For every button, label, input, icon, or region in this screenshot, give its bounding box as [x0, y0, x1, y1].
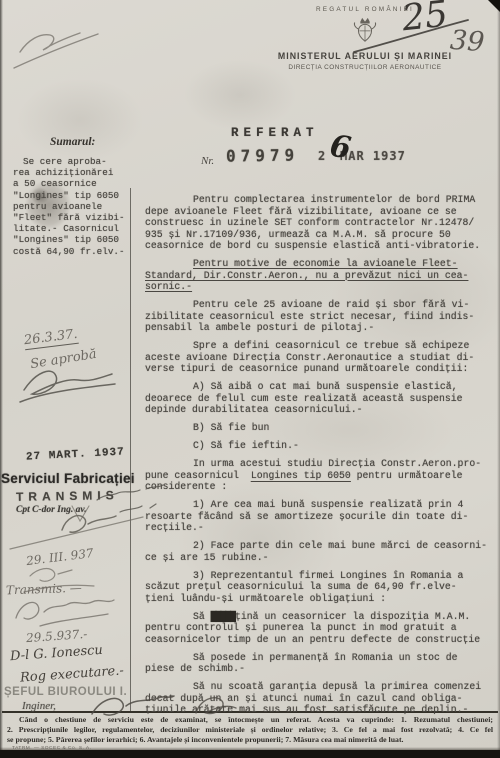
bureau-chief-stamp: ȘEFUL BIUROULUI I.	[4, 686, 127, 698]
approval-signature	[20, 371, 115, 402]
handwritten-approval-date: 26.3.37.	[23, 327, 78, 350]
handwritten-name: D-l G. Ionescu	[10, 643, 104, 664]
body-obligation-1: Să █████țină un ceasornicer la dispoziți…	[145, 611, 487, 646]
typewritten-body: Pentru complectarea instrumentelor de bo…	[145, 194, 487, 722]
page-edge-bottom	[0, 750, 500, 758]
footer-line-1: Când o chestiune de serviciu este de exa…	[7, 715, 493, 725]
body-item-2: 2) Face parte din cele mai bune mărci de…	[145, 540, 487, 563]
direction-line: DIRECȚIA CONSTRUCȚIILOR AERONAUTICE	[275, 64, 455, 71]
date-stamp-day: 2	[318, 149, 325, 163]
engineer-stamp: Inginer,	[22, 700, 56, 712]
body-paragraph-3: Pentru cele 25 avioane de raid și sbor f…	[145, 299, 487, 334]
registry-number-stamp: 07979	[226, 145, 299, 165]
date-stamp-27-mart: 27 MART. 1937	[26, 446, 125, 463]
body-paragraph-8: In urma acestui studiu Direcția Constr.A…	[145, 458, 487, 493]
large-signature	[16, 600, 114, 626]
body-item-a: A) Să aibă o cat mai bună suspensie elas…	[145, 381, 487, 416]
paragraph-text: Să	[193, 611, 211, 622]
summary-text: Se cere aproba- rea achiziționărei a 50 …	[13, 156, 138, 257]
redacted-word: █████	[211, 611, 235, 622]
footer-line-2: 2. Prescripțiunile legilor, regulamentel…	[7, 725, 493, 735]
body-paragraph-1: Pentru complectarea instrumentelor de bo…	[145, 194, 487, 252]
scanned-document-page: REGATUL ROMÂNIEI MINISTERUL AERULUI ȘI M…	[0, 0, 500, 758]
body-paragraph-2-underlined: Pentru motive de economie la avioanele F…	[145, 258, 487, 293]
body-item-c: C) Să fie ieftin.-	[145, 440, 487, 452]
pencil-diagonal-line	[10, 517, 143, 549]
body-obligation-3: Să nu scoată garanția depusă la primirea…	[145, 681, 487, 716]
handwritten-date-29-5: 29.5.937.-	[26, 627, 88, 645]
margin-rule	[130, 188, 131, 712]
body-item-1: 1) Are cea mai bună suspensie realizată …	[145, 499, 487, 534]
handwritten-approval-note: Se aprobă	[29, 347, 97, 372]
page-edge-left	[0, 0, 3, 758]
transmis-stamp: TRANSMIS	[16, 488, 119, 504]
body-paragraph-4: Spre a defini ceasornicul ce trebue să e…	[145, 340, 487, 375]
handwritten-execute-note: Rog executare.-	[20, 663, 125, 685]
cz-signature	[62, 516, 116, 533]
printed-footer: Când o chestiune de serviciu este de exa…	[7, 715, 493, 744]
footer-line-3: se propune; 5. Părerea șefilor ierarhici…	[7, 735, 493, 745]
handwritten-date-29-iii: 29. III. 937	[25, 546, 94, 568]
handwritten-number-39: 39	[449, 25, 485, 58]
underlined-text: Longines tip 6050	[251, 470, 351, 481]
top-left-scribble	[14, 33, 98, 68]
summary-heading: Sumarul:	[50, 136, 95, 148]
handwritten-transmis: Transmis. —	[6, 581, 82, 598]
number-label: Nr.	[201, 155, 214, 167]
handwritten-number-25: 25	[400, 0, 450, 39]
body-item-3: 3) Reprezentantul firmei Longines în Rom…	[145, 570, 487, 605]
page-corner-top-right	[488, 0, 500, 12]
ministry-line: MINISTERUL AERULUI ȘI MARINEI	[275, 51, 455, 61]
service-stamp: Serviciul Fabricației	[1, 471, 135, 486]
document-title: REFERAT	[231, 126, 319, 140]
body-obligation-2: Să posede in permanență în Romania un st…	[145, 652, 487, 675]
body-item-b: B) Să fie bun	[145, 422, 487, 434]
rank-stamp: Cpt C-dor Ing. av.	[16, 505, 87, 515]
